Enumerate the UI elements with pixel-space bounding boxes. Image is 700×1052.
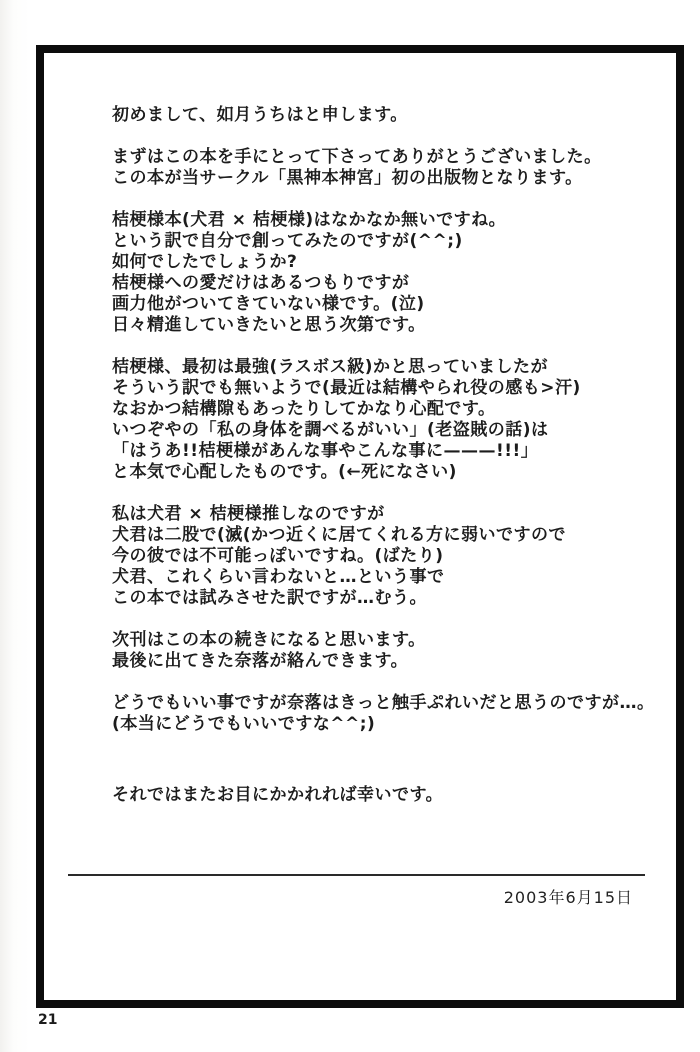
text-line: と本気で心配したものです。(←死になさい) (112, 462, 640, 483)
text-line: 如何でしたでしょうか? (112, 252, 640, 273)
page-number: 21 (38, 1012, 57, 1028)
text-line: 最後に出てきた奈落が絡んできます。 (112, 651, 640, 672)
text-line: まずはこの本を手にとって下さってありがとうございました。 (112, 147, 640, 168)
publication-date: 2003年6月15日 (44, 885, 676, 908)
text-line: 「はうあ!!桔梗様があんな事やこんな事に———!!!」 (112, 441, 640, 462)
text-line: 画力他がついてきていない様です。(泣) (112, 294, 640, 315)
paragraph-pairing: 私は犬君 × 桔梗様推しなのですが 犬君は二股で(滅(かつ近くに居てくれる方に弱… (112, 504, 640, 609)
text-line: 日々精進していきたいと思う次第です。 (112, 315, 640, 336)
paragraph-about-kikyou: 桔梗様、最初は最強(ラスボス級)かと思っていましたが そういう訳でも無いようで(… (112, 357, 640, 483)
text-line: そういう訳でも無いようで(最近は結構やられ役の感も>汗) (112, 378, 640, 399)
text-line: この本が当サークル「黒神本神宮」初の出版物となります。 (112, 168, 640, 189)
paragraph-farewell: それではまたお目にかかれれば幸いです。 (112, 785, 640, 806)
text-line: (本当にどうでもいいですな^^;) (112, 714, 640, 735)
paragraph-thanks: まずはこの本を手にとって下さってありがとうございました。 この本が当サークル「黒… (112, 147, 640, 189)
scanned-afterword-page: 初めまして、如月うちはと申します。 まずはこの本を手にとって下さってありがとうご… (0, 0, 700, 1052)
text-line: 犬君は二股で(滅(かつ近くに居てくれる方に弱いですので (112, 525, 640, 546)
text-line: という訳で自分で創ってみたのですが(^^;) (112, 231, 640, 252)
text-line: 桔梗様本(犬君 × 桔梗様)はなかなか無いですね。 (112, 210, 640, 231)
text-line: いつぞやの「私の身体を調べるがいい」(老盗賊の話)は (112, 420, 640, 441)
page-border-frame: 初めまして、如月うちはと申します。 まずはこの本を手にとって下さってありがとうご… (36, 45, 684, 1008)
text-line: 初めまして、如月うちはと申します。 (112, 105, 640, 126)
text-line: 犬君、これくらい言わないと…という事で (112, 567, 640, 588)
footer-divider (68, 874, 645, 876)
text-line: 今の彼では不可能っぽいですね。(ばたり) (112, 546, 640, 567)
text-line: なおかつ結構隙もあったりしてかなり心配です。 (112, 399, 640, 420)
paragraph-next-issue: 次刊はこの本の続きになると思います。 最後に出てきた奈落が絡んできます。 (112, 630, 640, 672)
paragraph-about-book: 桔梗様本(犬君 × 桔梗様)はなかなか無いですね。 という訳で自分で創ってみたの… (112, 210, 640, 336)
text-line: 次刊はこの本の続きになると思います。 (112, 630, 640, 651)
afterword-text-block: 初めまして、如月うちはと申します。 まずはこの本を手にとって下さってありがとうご… (44, 53, 676, 806)
text-line: この本では試みさせた訳ですが…むう。 (112, 588, 640, 609)
text-line: 桔梗様への愛だけはあるつもりですが (112, 273, 640, 294)
text-line: どうでもいい事ですが奈落はきっと触手ぷれいだと思うのですが…。 (112, 693, 640, 714)
text-line: 私は犬君 × 桔梗様推しなのですが (112, 504, 640, 525)
text-line: 桔梗様、最初は最強(ラスボス級)かと思っていましたが (112, 357, 640, 378)
paragraph-aside: どうでもいい事ですが奈落はきっと触手ぷれいだと思うのですが…。 (本当にどうでも… (112, 693, 640, 735)
text-line: それではまたお目にかかれれば幸いです。 (112, 785, 640, 806)
paragraph-greeting: 初めまして、如月うちはと申します。 (112, 105, 640, 126)
